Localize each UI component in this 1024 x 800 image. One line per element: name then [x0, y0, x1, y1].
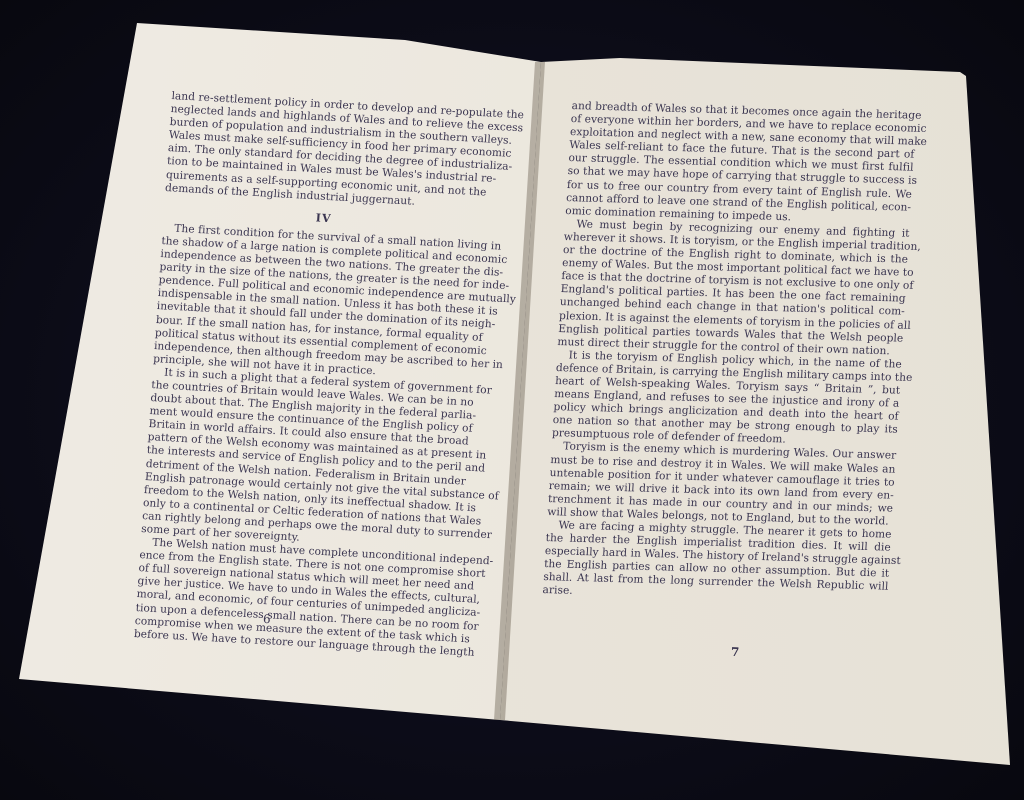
paragraph: The first condition for the survival of …	[153, 222, 483, 384]
paragraph: It is the toryism of English policy whic…	[552, 349, 902, 450]
right-page-text: and breadth of Wales so that it becomes …	[542, 100, 917, 607]
paragraph: and breadth of Wales so that it becomes …	[565, 100, 917, 228]
paragraph: land re-settlement policy in order to de…	[165, 90, 492, 212]
paragraph: Toryism is the enemy which is murdering …	[547, 440, 897, 528]
paragraph: We must begin by recognizing our enemy a…	[557, 218, 910, 359]
paragraph: We are facing a mighty struggle. The nea…	[542, 519, 892, 607]
paragraph: The Welsh nation must have complete unco…	[133, 536, 460, 658]
left-page-number: 6	[263, 612, 272, 626]
right-page-number: 7	[731, 645, 740, 659]
left-page-text: land re-settlement policy in order to de…	[133, 90, 492, 658]
paragraph: It is in such a plight that a federal sy…	[141, 366, 473, 554]
